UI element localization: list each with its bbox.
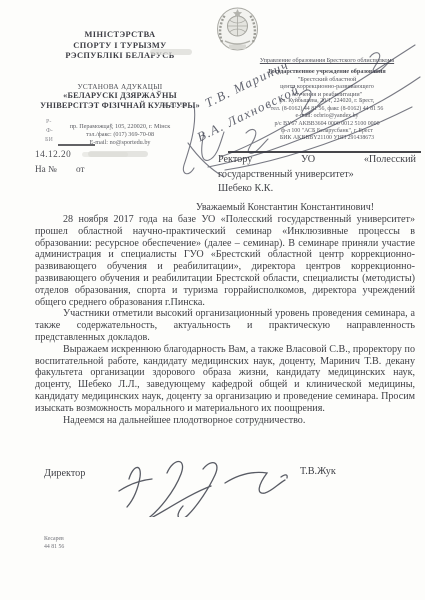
signature-stroke <box>105 447 290 517</box>
stamp-fragment: Ф- <box>46 128 53 134</box>
body-paragraph: Надеемся на дальнейшее плодотворное сотр… <box>35 415 415 427</box>
addressee-line: государственный университет» <box>218 168 416 183</box>
scan-artifact <box>82 152 128 157</box>
executor-name: Кесарев <box>44 536 64 544</box>
addressee-block: Ректору УО «Полесский государственный ун… <box>218 153 416 197</box>
body-paragraph: Выражаем искреннюю благодарность Вам, а … <box>35 344 415 415</box>
divider <box>58 144 95 146</box>
salutation: Уважаемый Константин Константинович! <box>150 202 420 213</box>
signature-name: Т.В.Жук <box>300 466 336 477</box>
letter-body: 28 ноября 2017 года на базе УО «Полесски… <box>35 214 415 426</box>
executor-note: Кесарев 44 81 56 <box>44 536 64 551</box>
addressee-line: Шебеко К.К. <box>218 182 416 197</box>
reply-number-from: от <box>76 164 85 174</box>
addressee-line: Ректору УО «Полесский <box>218 153 416 168</box>
stamp-fragment: БИ <box>45 137 53 143</box>
scanned-letter-page: МІНІСТЭРСТВА СПОРТУ І ТУРЫЗМУ РЭСПУБЛІКІ… <box>0 0 425 600</box>
reply-number-prefix: На № <box>35 164 57 174</box>
executor-phone: 44 81 56 <box>44 544 64 552</box>
stamp-fragment: Р- <box>46 119 51 125</box>
body-paragraph: Участники отметили высокий организационн… <box>35 308 415 343</box>
body-paragraph: 28 ноября 2017 года на базе УО «Полесски… <box>35 214 415 308</box>
signature-title: Директор <box>44 468 85 479</box>
letter-date: 14.12.20 <box>35 149 71 159</box>
